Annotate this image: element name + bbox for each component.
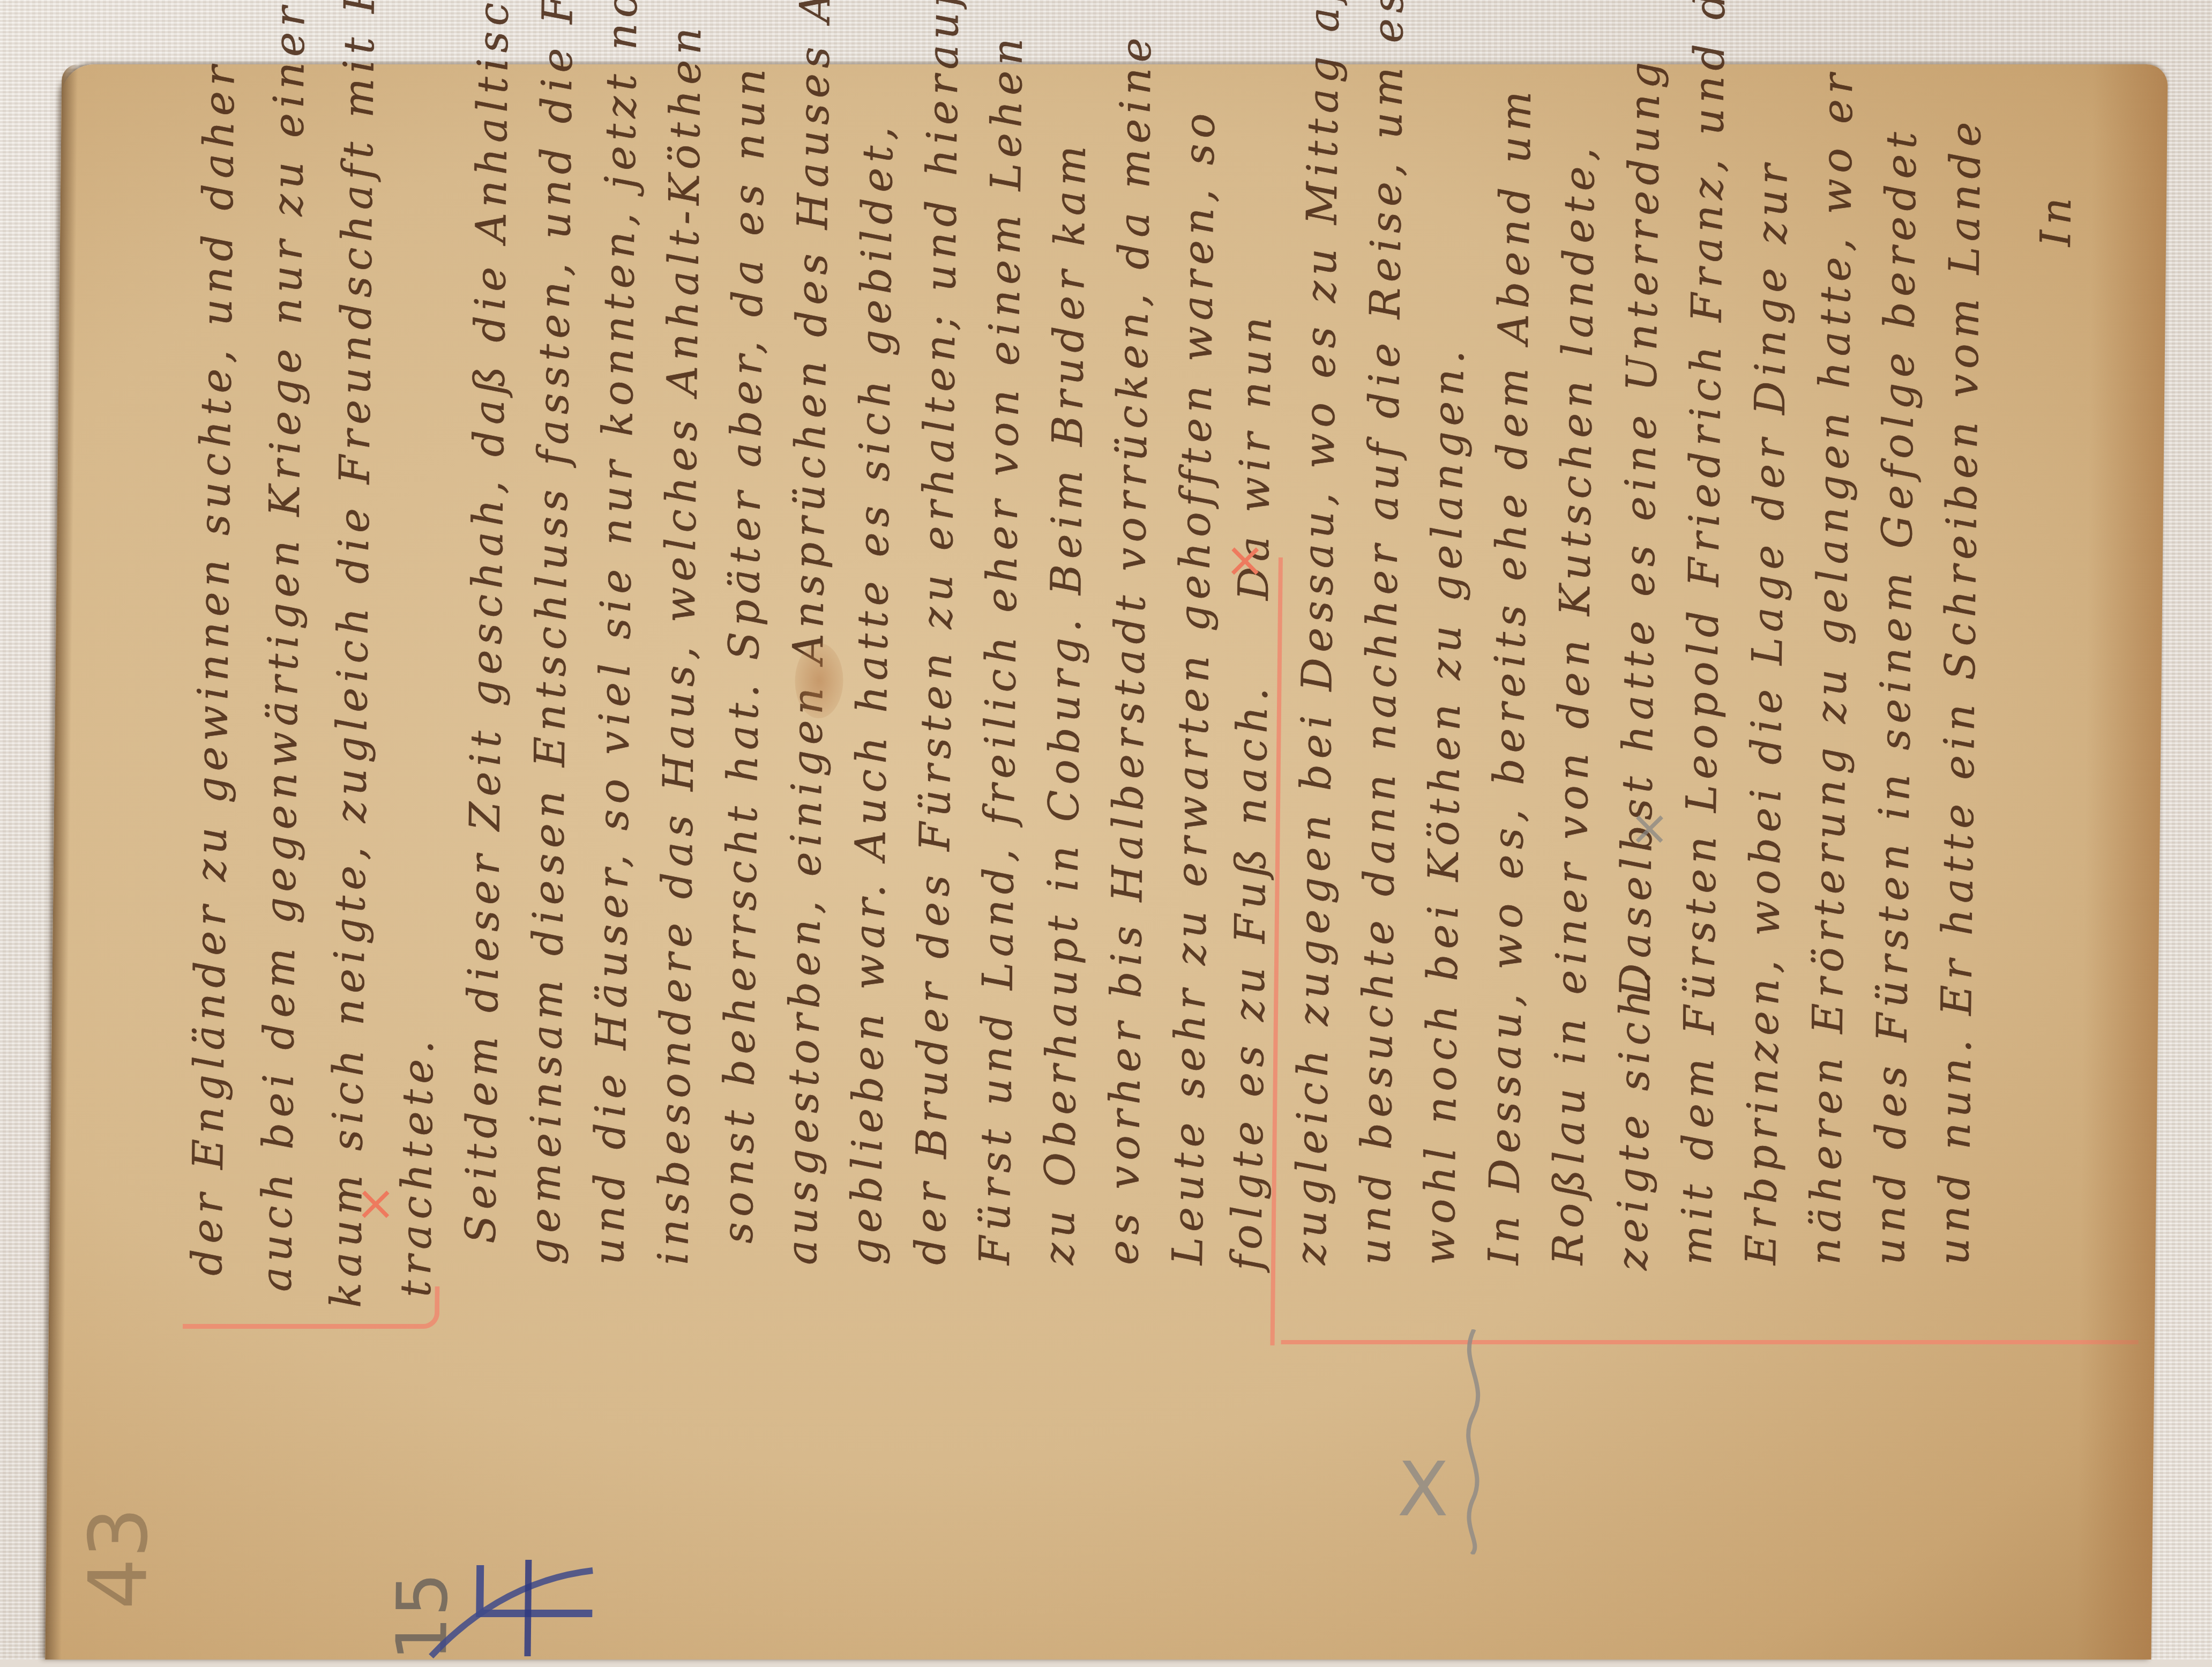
- text-line-16: Leute sehr zu erwarten gehofften waren, …: [1164, 86, 1224, 1265]
- text-line-8: insbesondere das Haus, welches Anhalt-Kö…: [649, 86, 710, 1265]
- text-line-12: der Bruder des Fürsten zu erhalten; und …: [907, 86, 967, 1265]
- red-cross-mark-2: ×: [1224, 536, 1265, 584]
- handwritten-text-block: der Engländer zu gewinnen suchte, und da…: [45, 64, 2168, 1659]
- text-line-3: kaum sich neigte, zugleich die Freundsch…: [322, 86, 383, 1308]
- text-line-15: es vorher bis Halberstadt vorrücken, da …: [1100, 86, 1160, 1265]
- gray-pencil-cross-mark: X: [1397, 1453, 1449, 1528]
- text-line-17: folgte es zu Fuß nach.: [1223, 708, 1277, 1270]
- text-line-2: auch bei dem gegenwärtigen Kriege nur zu…: [253, 86, 314, 1292]
- gray-pencil-cross-mark-2: ×: [1629, 804, 1670, 852]
- text-line-6: gemeinsam diesen Entschluss fassten, und…: [521, 86, 581, 1265]
- text-line-4: trachtete.: [392, 1083, 442, 1297]
- text-line-26: mit dem Fürsten Leopold Friedrich Franz,…: [1673, 86, 1733, 1265]
- text-line-21: wohl noch bei Köthen zu gelangen.: [1416, 86, 1476, 1265]
- text-line-14: zu Oberhaupt in Coburg. Beim Bruder kam: [1035, 86, 1096, 1265]
- text-line-28: näheren Erörterung zu gelangen hatte, wo…: [1802, 86, 1862, 1265]
- text-line-11: geblieben war. Auch hatte es sich gebild…: [842, 86, 903, 1265]
- text-line-20: und besuchte dann nachher auf die Reise,…: [1351, 86, 1412, 1265]
- text-line-9: sonst beherrscht hat. Später aber, da es…: [714, 172, 774, 1244]
- text-line-23: Roßlau in einer von den Kutschen landete…: [1544, 86, 1605, 1265]
- text-line-7: und die Häuser, so viel sie nur konnten,…: [585, 86, 646, 1265]
- blue-pencil-number-4: [420, 1549, 603, 1659]
- text-line-13: Fürst und Land, freilich eher von einem …: [971, 86, 1032, 1265]
- text-line-19: zugleich zugegen bei Dessau, wo es zu Mi…: [1287, 86, 1348, 1265]
- page-number-ink-faded: 43: [72, 1507, 166, 1610]
- text-line-29: und des Fürsten in seinem Gefolge berede…: [1866, 86, 1926, 1265]
- text-line-22: In Dessau, wo es, bereits ehe dem Abend …: [1480, 86, 1541, 1265]
- text-line-27: Erbprinzen, wobei die Lage der Dinge zur: [1737, 86, 1798, 1265]
- manuscript-page: der Engländer zu gewinnen suchte, und da…: [45, 64, 2168, 1659]
- text-line-30: und nun. Er hatte ein Schreiben vom Land…: [1930, 86, 1991, 1265]
- red-pencil-bracket-1: [183, 1286, 440, 1329]
- catchword: In: [2032, 86, 2082, 247]
- text-line-1: der Engländer zu gewinnen suchte, und da…: [183, 96, 244, 1276]
- red-pencil-bracket-2-horizontal: [1281, 1340, 2139, 1344]
- text-line-5: Seitdem dieser Zeit geschah, daß die Anh…: [457, 91, 518, 1244]
- text-line-24: zeigte sich.: [1609, 1029, 1660, 1270]
- gray-pencil-squiggle: [1450, 1329, 1495, 1554]
- text-line-25: Daselbst hatte es eine Unterredung: [1611, 86, 1669, 997]
- red-cross-mark-1: ×: [355, 1179, 396, 1227]
